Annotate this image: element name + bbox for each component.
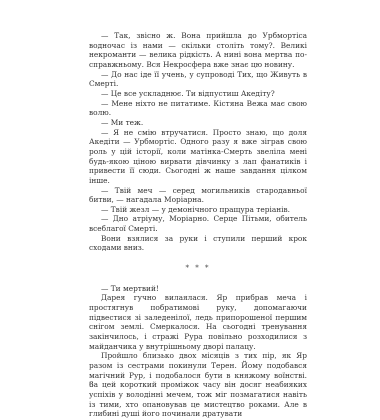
paragraph: Дарея гучно вилаялася. Яр прибрав меча і… — [89, 293, 307, 351]
paragraph: — Твій жезл — у демонічного пращура тері… — [89, 205, 307, 215]
paragraph: — Ми теж. — [89, 118, 307, 128]
paragraph: — Твій меч — серед могильників стародавн… — [89, 186, 307, 205]
paragraph: — Мене ніхто не питатиме. Кістяна Вежа м… — [89, 99, 307, 118]
paragraph: — Я не смію втручатися. Просто знаю, що … — [89, 128, 307, 186]
paragraph: — Дно атріуму, Моріарно. Серце Пітьми, о… — [89, 214, 307, 233]
book-page: — Так, звісно ж. Вона прийшла до Урбморт… — [0, 0, 380, 420]
text-column: — Так, звісно ж. Вона прийшла до Урбморт… — [89, 31, 307, 419]
paragraph: — До нас іде її учень, у супроводі Тих, … — [89, 70, 307, 89]
paragraph: Вони взялися за руки і ступили перший кр… — [89, 234, 307, 253]
paragraph: — Ти мертвий! — [89, 284, 307, 294]
paragraph: Пройшло близько двох місяців з тих пір, … — [89, 351, 307, 419]
paragraph: — Це все ускладнює. Ти відпустиш Акедіту… — [89, 89, 307, 99]
paragraph: — Так, звісно ж. Вона прийшла до Урбморт… — [89, 31, 307, 70]
section-separator: * * * — [89, 264, 307, 274]
page-number: 6 — [89, 380, 94, 389]
